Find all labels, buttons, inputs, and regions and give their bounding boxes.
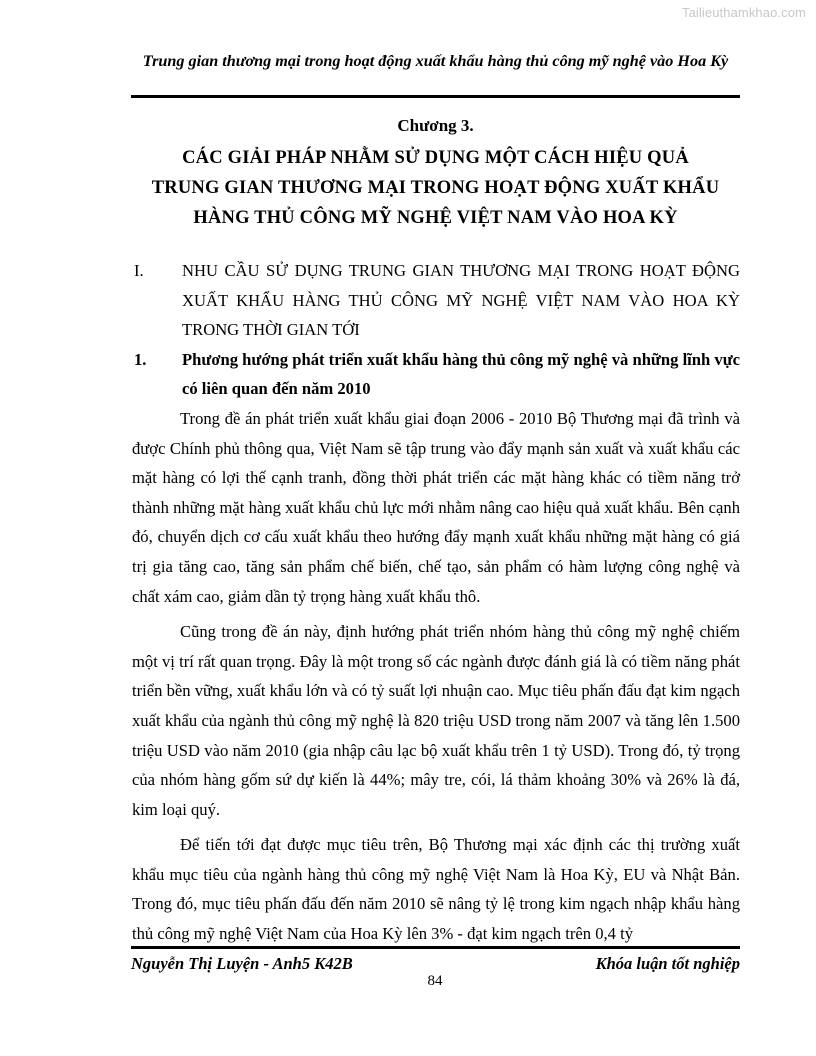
chapter-title: CÁC GIẢI PHÁP NHẰM SỬ DỤNG MỘT CÁCH HIỆU… — [120, 143, 751, 233]
subsection-title: Phương hướng phát triển xuất khẩu hàng t… — [182, 345, 740, 404]
footer-author: Nguyễn Thị Luyện - Anh5 K42B — [131, 954, 353, 974]
body-content: I. NHU CẦU SỬ DỤNG TRUNG GIAN THƯƠNG MẠI… — [132, 256, 740, 949]
running-header: Trung gian thương mại trong hoạt động xu… — [131, 52, 740, 71]
subsection-heading: 1. Phương hướng phát triển xuất khẩu hàn… — [132, 345, 740, 404]
chapter-label: Chương 3. — [131, 115, 740, 137]
paragraph: Để tiến tới đạt được mục tiêu trên, Bộ T… — [132, 830, 740, 948]
section-title: NHU CẦU SỬ DỤNG TRUNG GIAN THƯƠNG MẠI TR… — [182, 256, 740, 345]
subsection-number: 1. — [132, 345, 182, 404]
chapter-title-line: CÁC GIẢI PHÁP NHẰM SỬ DỤNG MỘT CÁCH HIỆU… — [120, 143, 751, 173]
chapter-title-line: TRUNG GIAN THƯƠNG MẠI TRONG HOẠT ĐỘNG XU… — [120, 173, 751, 203]
footer-doc-type: Khóa luận tốt nghiệp — [596, 954, 740, 974]
chapter-title-line: HÀNG THỦ CÔNG MỸ NGHỆ VIỆT NAM VÀO HOA K… — [120, 203, 751, 233]
watermark: Tailieuthamkhao.com — [682, 5, 806, 20]
page-number: 84 — [0, 973, 816, 990]
header-rule — [131, 95, 740, 98]
footer-rule — [131, 946, 740, 949]
paragraph: Trong đề án phát triển xuất khẩu giai đo… — [132, 404, 740, 611]
section-number: I. — [132, 256, 182, 345]
section-heading: I. NHU CẦU SỬ DỤNG TRUNG GIAN THƯƠNG MẠI… — [132, 256, 740, 345]
paragraph: Cũng trong đề án này, định hướng phát tr… — [132, 617, 740, 824]
